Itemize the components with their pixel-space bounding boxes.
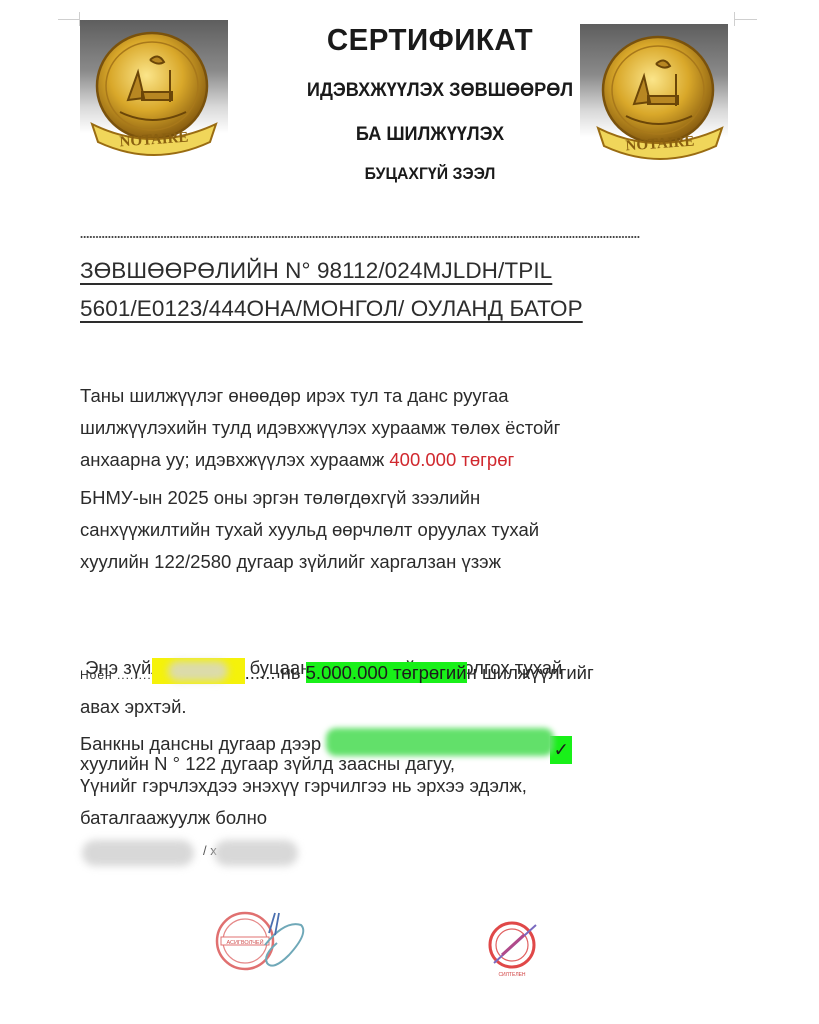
official-stamp-right: СИЛТЕЛЕН [480,915,550,980]
beneficiary-suffix: н шилжүүлгийг [467,662,594,683]
certificate-subtitle-2: БА ШИЛЖҮҮЛЭХ [244,123,616,146]
beneficiary-dots: ...... нь [245,662,306,683]
bank-account-label: Банкны дансны дугаар дээр [80,733,326,754]
fee-amount: 400.000 төгрөг [389,449,514,470]
beneficiary-prefix: Ноён ........ [80,668,152,682]
fee-notice-line-1: Таны шилжүүлэг өнөөдөр ирэх тул та данс … [80,380,760,412]
law-reference-line-3: хуулийн 122/2580 дугаар зүйлийг харгалза… [80,546,760,578]
certificate-title: СЕРТИФИКАТ [240,22,620,58]
attestation-line-1: Үүнийг гэрчлэхдээ энэхүү гэрчилгээ нь эр… [80,770,760,802]
redacted-signatory-title [214,840,298,866]
fee-notice-line-2: шилжүүлэхийн тулд идэвхжүүлэх хураамж тө… [80,412,760,444]
redacted-account-number [326,728,554,756]
official-stamp-left: АСИГВОЛЧЕЙ [215,905,315,980]
left-stamp-text: АСИГВОЛЧЕЙ [226,938,263,946]
beneficiary-line-1: Ноён .............. нь 5.000.000 төгрөги… [80,657,760,691]
paragraph-attestation: Үүнийг гэрчлэхдээ энэхүү гэрчилгээ нь эр… [80,770,760,834]
crop-mark-top-right-h [735,19,757,20]
check-mark-glyph: ✓ [554,739,570,760]
beneficiary-line-2: авах эрхтэй. [80,691,760,723]
fee-notice-prefix: анхаарна уу; идэвхжүүлэх хураамж [80,449,389,470]
crop-mark-top-left-h [58,19,80,20]
paragraph-bank-account: Банкны дансны дугаар дээр ✓ [80,728,760,764]
permit-number-line-1: ЗӨВШӨӨРӨЛИЙН N° 98112/024MJLDH/TPIL [80,258,552,284]
paragraph-law-reference: БНМУ-ын 2025 оны эргэн төлөгдөхгүй зээли… [80,482,760,578]
permit-number-line-2: 5601/E0123/444ОНА/МОНГОЛ/ ОУЛАНД БАТОР [80,296,583,322]
paragraph-beneficiary: Ноён .............. нь 5.000.000 төгрөги… [80,657,760,723]
certificate-subtitle-1: ИДЭВХЖҮҮЛЭХ ЗӨВШӨӨРӨЛ [226,79,654,102]
crop-mark-top-right-v [734,12,735,26]
right-stamp-text: СИЛТЕЛЕН [498,972,525,978]
paragraph-fee-notice: Таны шилжүүлэг өнөөдөр ирэх тул та данс … [80,380,760,476]
notaire-seal-left: NOTAIRE [80,20,228,165]
certificate-subtitle-3: БУЦАХГҮЙ ЗЭЭЛ [244,164,616,184]
fee-notice-line-3: анхаарна уу; идэвхжүүлэх хураамж 400.000… [80,444,760,476]
asterisk-divider [80,235,640,239]
transfer-amount-highlight: 5.000.000 төгрөгий [306,662,467,683]
law-reference-line-2: санхүүжилтийн тухай хуульд өөрчлөлт оруу… [80,514,760,546]
redacted-name [152,658,245,684]
redacted-signatory-name [82,840,194,866]
attestation-line-2: баталгаажуулж болно [80,802,760,834]
notaire-seal-icon: NOTAIRE [80,20,228,165]
law-reference-line-1: БНМУ-ын 2025 оны эргэн төлөгдөхгүй зээли… [80,482,760,514]
